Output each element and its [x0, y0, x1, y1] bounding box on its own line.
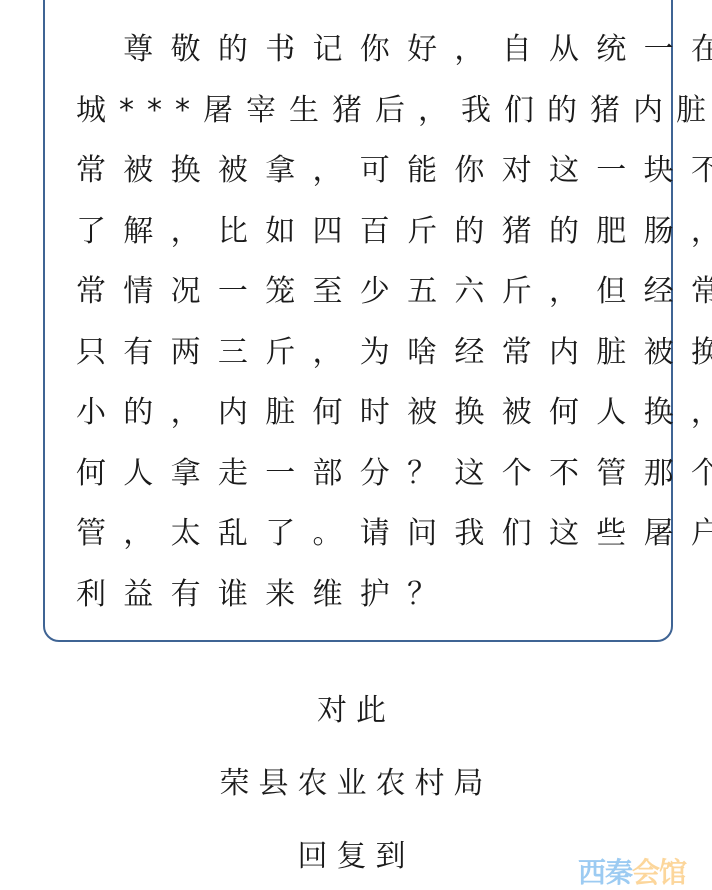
- watermark-logo: 西秦会馆: [578, 851, 686, 890]
- reply-agency: 荣县农业农村局: [0, 758, 712, 802]
- letter-line: 何人拿走一部分？这个不管那个不: [76, 444, 656, 505]
- letter-line: 只有两三斤，为啥经常内脏被换成: [76, 323, 656, 384]
- letter-line: 小的，内脏何时被换被何人换，被: [76, 383, 656, 444]
- reply-intro: 对此: [0, 685, 712, 729]
- letter-line: 利益有谁来维护？: [76, 565, 656, 626]
- letter-text: 尊敬的书记你好，自从统一在县 城***屠宰生猪后，我们的猪内脏经 常被换被拿，可…: [76, 20, 656, 625]
- letter-line: 常情况一笼至少五六斤，但经常都: [76, 262, 656, 323]
- letter-line: 城***屠宰生猪后，我们的猪内脏经: [76, 81, 656, 142]
- letter-line: 了解，比如四百斤的猪的肥肠，正: [76, 202, 656, 263]
- letter-line: 管，太乱了。请问我们这些屠户的: [76, 504, 656, 565]
- logo-part-2: 会馆: [632, 856, 686, 889]
- logo-part-1: 西秦: [578, 856, 632, 889]
- letter-line: 尊敬的书记你好，自从统一在县: [76, 20, 656, 81]
- letter-line: 常被换被拿，可能你对这一块不太: [76, 141, 656, 202]
